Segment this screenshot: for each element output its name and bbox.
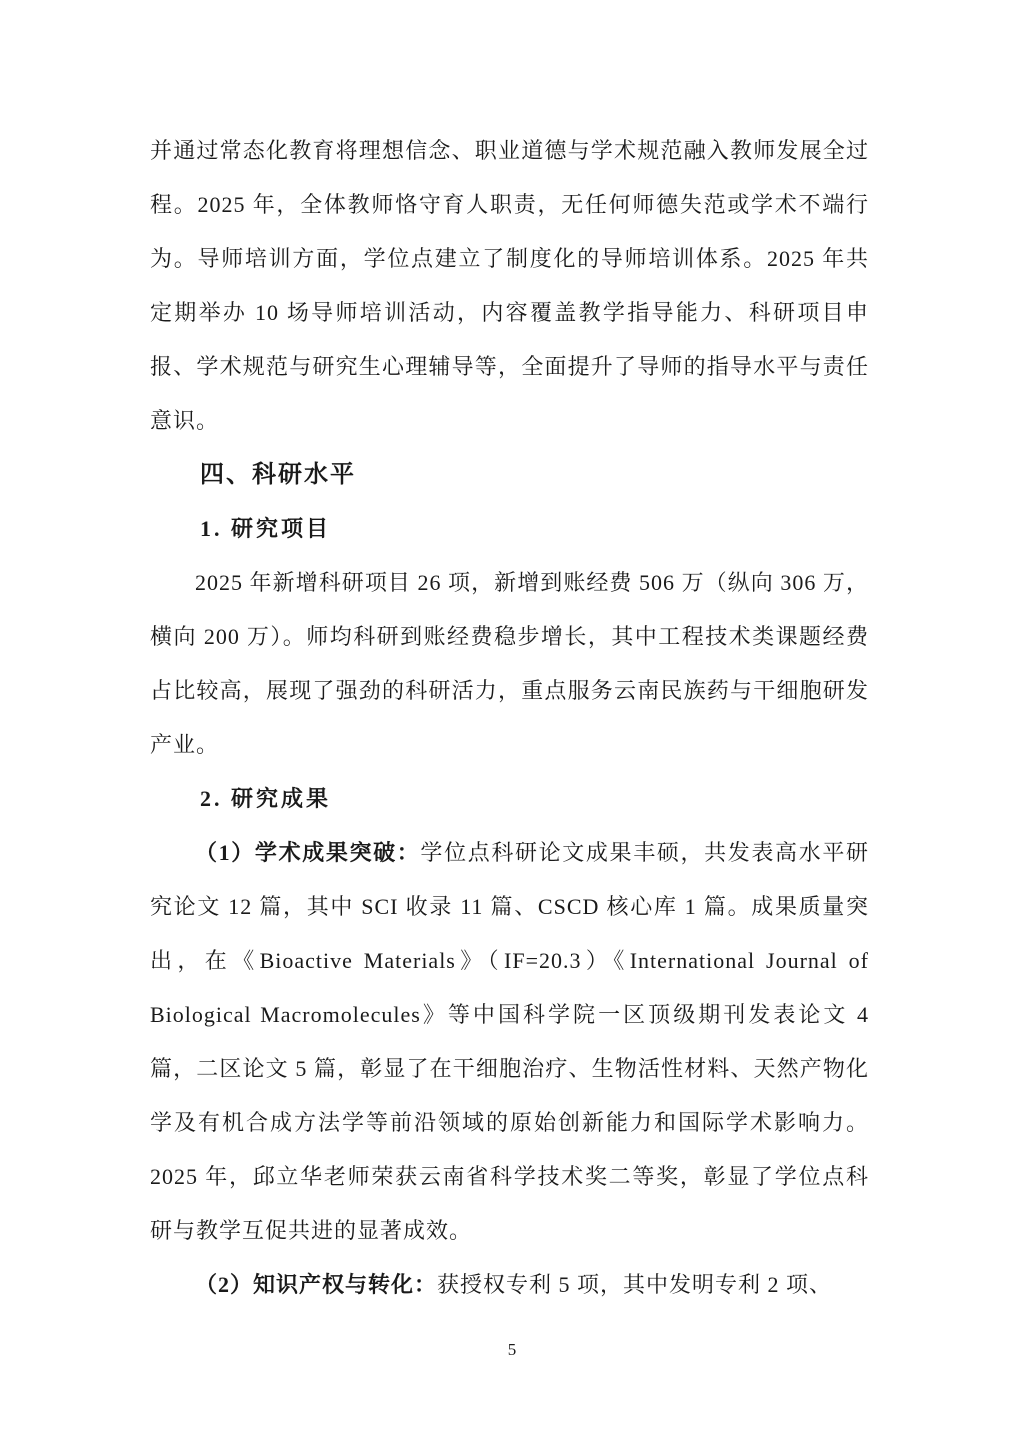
paragraph-teacher-ethics-training: 并通过常态化教育将理想信念、职业道德与学术规范融入教师发展全过程。2025 年，… (150, 124, 869, 448)
subheading-research-projects: 1. 研究项目 (150, 502, 869, 556)
section-heading-research-level: 四、科研水平 (150, 448, 869, 502)
paragraph-research-projects: 2025 年新增科研项目 26 项，新增到账经费 506 万（纵向 306 万，… (150, 556, 869, 772)
paragraph-lead-academic-breakthrough: （1）学术成果突破： (195, 840, 420, 865)
page-number: 5 (508, 1340, 517, 1359)
page-footer: 5 (0, 1338, 1024, 1362)
page-body: 并通过常态化教育将理想信念、职业道德与学术规范融入教师发展全过程。2025 年，… (150, 124, 869, 1312)
subheading-research-achievements: 2. 研究成果 (150, 772, 869, 826)
document-page: 并通过常态化教育将理想信念、职业道德与学术规范融入教师发展全过程。2025 年，… (0, 0, 1024, 1448)
paragraph-ip-transfer: （2）知识产权与转化：获授权专利 5 项，其中发明专利 2 项、 (150, 1258, 869, 1312)
paragraph-text-academic-breakthrough: 学位点科研论文成果丰硕，共发表高水平研究论文 12 篇，其中 SCI 收录 11… (150, 840, 869, 1243)
paragraph-academic-achievements: （1）学术成果突破：学位点科研论文成果丰硕，共发表高水平研究论文 12 篇，其中… (150, 826, 869, 1258)
paragraph-lead-ip-transfer: （2）知识产权与转化： (195, 1272, 437, 1297)
paragraph-text-ip-transfer: 获授权专利 5 项，其中发明专利 2 项、 (437, 1272, 832, 1297)
